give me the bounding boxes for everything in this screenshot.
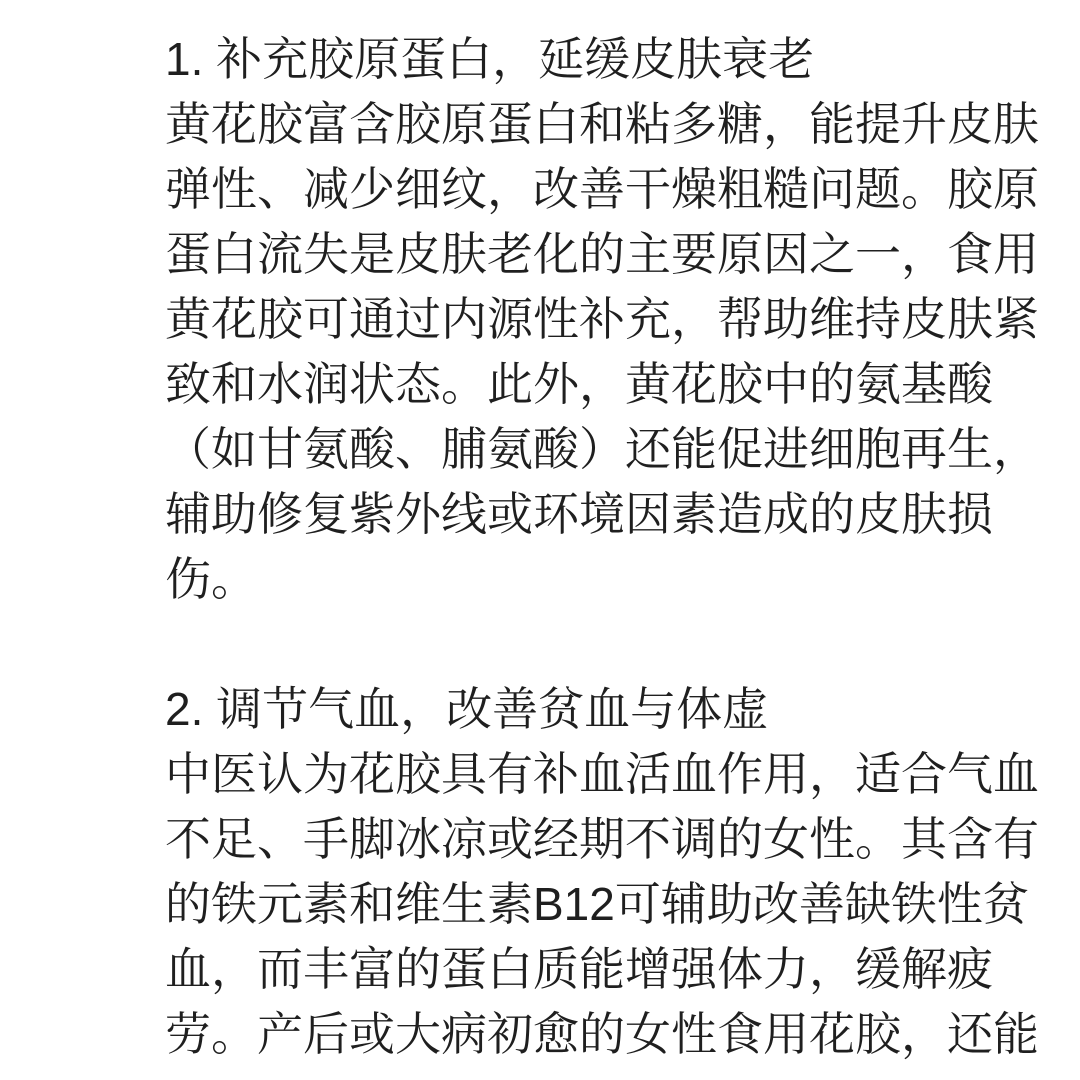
section-1-body-line: 辅助修复紫外线或环境因素造成的皮肤损 bbox=[165, 482, 1055, 547]
section-2-body-line: 血，而丰富的蛋白质能增强体力，缓解疲 bbox=[165, 937, 1055, 1002]
section-2-heading: 2. 调节气血，改善贫血与体虚 bbox=[165, 677, 1055, 742]
section-2-body-line: 不足、手脚冰凉或经期不调的女性。其含有 bbox=[165, 807, 1055, 872]
section-1-body-line: 黄花胶富含胶原蛋白和粘多糖，能提升皮肤 bbox=[165, 92, 1055, 157]
section-1-body-line: 致和水润状态。此外，黄花胶中的氨基酸 bbox=[165, 352, 1055, 417]
section-1-body-line: （如甘氨酸、脯氨酸）还能促进细胞再生， bbox=[165, 417, 1055, 482]
section-collagen-benefit: 1. 补充胶原蛋白，延缓皮肤衰老 黄花胶富含胶原蛋白和粘多糖，能提升皮肤 弹性、… bbox=[165, 27, 1055, 612]
section-1-body-line: 弹性、减少细纹，改善干燥粗糙问题。胶原 bbox=[165, 157, 1055, 222]
section-2-body-line: 中医认为花胶具有补血活血作用，适合气血 bbox=[165, 742, 1055, 807]
section-2-body-line: 劳。产后或大病初愈的女性食用花胶，还能 bbox=[165, 1002, 1055, 1067]
section-qi-blood-benefit: 2. 调节气血，改善贫血与体虚 中医认为花胶具有补血活血作用，适合气血 不足、手… bbox=[165, 677, 1055, 1067]
section-2-body-line: 的铁元素和维生素B12可辅助改善缺铁性贫 bbox=[165, 872, 1055, 937]
section-1-heading: 1. 补充胶原蛋白，延缓皮肤衰老 bbox=[165, 27, 1055, 92]
section-1-body-line: 黄花胶可通过内源性补充，帮助维持皮肤紧 bbox=[165, 287, 1055, 352]
section-1-body-line: 蛋白流失是皮肤老化的主要原因之一，食用 bbox=[165, 222, 1055, 287]
section-1-body-line: 伤。 bbox=[165, 547, 1055, 612]
article-text-block: 1. 补充胶原蛋白，延缓皮肤衰老 黄花胶富含胶原蛋白和粘多糖，能提升皮肤 弹性、… bbox=[165, 27, 1055, 1067]
